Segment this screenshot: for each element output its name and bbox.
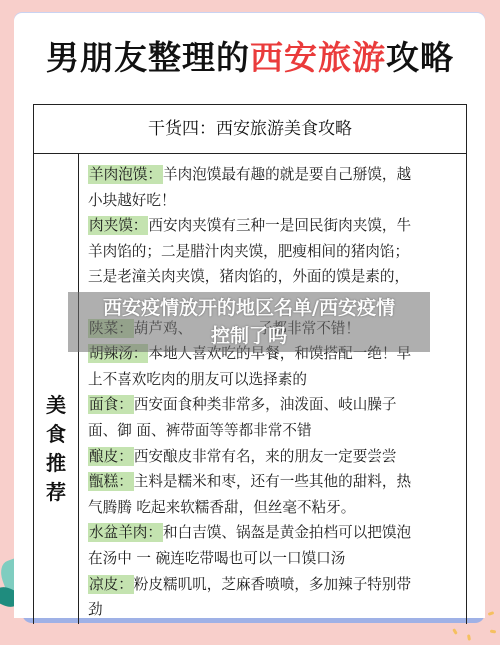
list-item: 气腾腾 吃起来软糯香甜，但丝毫不粘牙。 bbox=[88, 495, 463, 521]
food-text: 气腾腾 吃起来软糯香甜，但丝毫不粘牙。 bbox=[88, 499, 355, 516]
list-item: 羊肉馅的；二是腊汁肉夹馍，肥瘦相间的猪肉馅； bbox=[88, 239, 463, 265]
list-item: 劲 bbox=[88, 597, 463, 623]
food-tag: 水盆羊肉： bbox=[88, 523, 163, 542]
food-text: 粉皮糯叽叽，芝麻香喷喷，多加辣子特别带 bbox=[134, 576, 411, 593]
sparkle-decoration-icon bbox=[452, 628, 458, 635]
food-tag: 肉夹馍： bbox=[88, 216, 148, 235]
side-label-column: 美 食 推 荐 bbox=[34, 154, 79, 624]
food-text: 小块越好吃！ bbox=[88, 192, 176, 209]
list-item: 肉夹馍：西安肉夹馍有三种一是回民街肉夹馍，牛 bbox=[88, 213, 463, 239]
headline-line-1: 西安疫情放开的地区名单/西安疫情 bbox=[68, 294, 430, 322]
food-text: 羊肉馅的；二是腊汁肉夹馍，肥瘦相间的猪肉馅； bbox=[88, 243, 409, 260]
list-item: 甑糕：主料是糯米和枣，还有一些其他的甜料，热 bbox=[88, 469, 463, 495]
title-suffix: 攻略 bbox=[386, 38, 454, 77]
headline-line-2: 控制了吗 bbox=[68, 322, 430, 350]
food-text: 西安肉夹馍有三种一是回民街肉夹馍，牛 bbox=[148, 217, 411, 234]
list-item: 面、御 面、裤带面等等都非常不错 bbox=[88, 418, 463, 444]
title-prefix: 男朋友整理的 bbox=[46, 38, 250, 77]
food-text: 羊肉泡馍最有趣的就是要自己掰馍，越 bbox=[163, 166, 411, 183]
list-item: 三是老潼关肉夹馍，猪肉馅的，外面的馍是素的， bbox=[88, 264, 463, 290]
food-text: 三是老潼关肉夹馍，猪肉馅的，外面的馍是素的， bbox=[88, 268, 409, 285]
food-text: 在汤中 一 碗连吃带喝也可以一口馍口汤 bbox=[88, 550, 345, 567]
side-label-char: 美 bbox=[34, 391, 78, 420]
list-item: 羊肉泡馍：羊肉泡馍最有趣的就是要自己掰馍，越 bbox=[88, 162, 463, 188]
food-text: 上不喜欢吃肉的朋友可以选择素的 bbox=[88, 371, 307, 388]
food-list: 羊肉泡馍：羊肉泡馍最有趣的就是要自己掰馍，越 小块越好吃！ 肉夹馍：西安肉夹馍有… bbox=[88, 162, 463, 623]
food-text: 西安面食种类非常多，油泼面、岐山臊子 bbox=[134, 396, 397, 413]
sparkle-decoration-icon bbox=[490, 630, 496, 634]
page-title: 男朋友整理的西安旅游攻略 bbox=[0, 32, 500, 79]
side-label-char: 食 bbox=[34, 420, 78, 449]
side-label-char: 推 bbox=[34, 449, 78, 478]
food-text: 劲 bbox=[88, 601, 103, 618]
headline-overlay-text[interactable]: 西安疫情放开的地区名单/西安疫情 控制了吗 bbox=[68, 294, 430, 350]
food-tag: 酿皮： bbox=[88, 447, 134, 466]
food-text: 和白吉馍、锅盔是黄金拍档可以把馍泡 bbox=[163, 524, 411, 541]
list-item: 在汤中 一 碗连吃带喝也可以一口馍口汤 bbox=[88, 546, 463, 572]
sparkle-decoration-icon bbox=[467, 634, 471, 640]
side-label: 美 食 推 荐 bbox=[34, 391, 78, 507]
food-text: 面、御 面、裤带面等等都非常不错 bbox=[88, 422, 312, 439]
list-item: 面食：西安面食种类非常多，油泼面、岐山臊子 bbox=[88, 392, 463, 418]
table-header: 干货四：西安旅游美食攻略 bbox=[34, 105, 466, 154]
food-tag: 甑糕： bbox=[88, 472, 134, 491]
list-item: 小块越好吃！ bbox=[88, 188, 463, 214]
list-item: 酿皮：西安酿皮非常有名，来的朋友一定要尝尝 bbox=[88, 444, 463, 470]
food-tag: 凉皮： bbox=[88, 575, 134, 594]
side-label-char: 荐 bbox=[34, 478, 78, 507]
food-guide-table: 干货四：西安旅游美食攻略 美 食 推 荐 羊肉泡馍：羊肉泡馍最有趣的就是要自己掰… bbox=[33, 104, 467, 624]
list-item: 凉皮：粉皮糯叽叽，芝麻香喷喷，多加辣子特别带 bbox=[88, 572, 463, 598]
food-tag: 面食： bbox=[88, 395, 134, 414]
food-text: 西安酿皮非常有名，来的朋友一定要尝尝 bbox=[134, 448, 397, 465]
food-tag: 羊肉泡馍： bbox=[88, 165, 163, 184]
list-item: 上不喜欢吃肉的朋友可以选择素的 bbox=[88, 367, 463, 393]
sparkle-decoration-icon bbox=[488, 611, 495, 616]
list-item: 水盆羊肉：和白吉馍、锅盔是黄金拍档可以把馍泡 bbox=[88, 520, 463, 546]
food-text: 主料是糯米和枣，还有一些其他的甜料，热 bbox=[134, 473, 411, 490]
title-highlight: 西安旅游 bbox=[250, 38, 386, 77]
